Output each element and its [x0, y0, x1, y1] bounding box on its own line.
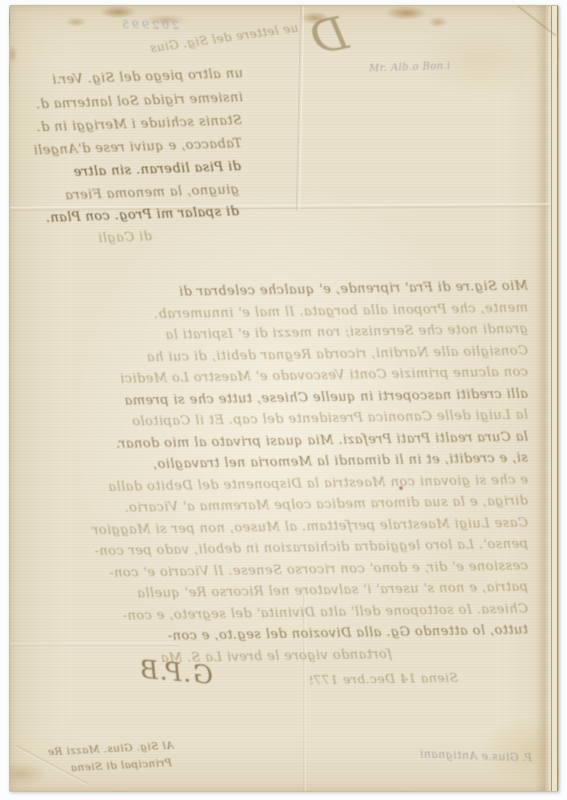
- bleedthrough-address-line: Principal di Siena: [54, 758, 172, 776]
- bleedthrough-body-line: la Cura realti Prati Prefazi. Mia quasi …: [22, 431, 528, 454]
- bleedthrough-body-line: tutto, lo attendo Gg. alla Divozion del …: [22, 624, 528, 647]
- bleedthrough-body-line: penso'. La loro leggiadra dichiarazion i…: [22, 538, 528, 561]
- bleedthrough-address-line: Al Sig. Gius. Mazzi Resp.: [48, 741, 174, 759]
- bleedthrough-body-line: con alcune primizie Conti Vescovado e' M…: [22, 366, 528, 389]
- catalog-number: 202995: [61, 18, 179, 32]
- header-initial-flourish: D: [291, 7, 354, 77]
- bleedthrough-body-line: patria, e non s' usera' i' salvatore nel…: [22, 581, 528, 604]
- fold-shadow-right: [535, 6, 551, 791]
- bleedthrough-note-line: di spalar mi Prog. con Plan.: [19, 205, 239, 227]
- bleedthrough-note-line: di Cagli: [52, 230, 152, 248]
- bleedthrough-note-line: di Pisa liberan. sin altre: [21, 160, 241, 182]
- pencil-note: Mr. Alb.o Bon.i: [369, 59, 511, 75]
- bleedthrough-dateline: Siena 14 Dec.bre 1779: [310, 671, 458, 687]
- bleedthrough-body-line: si, e crediti, et in li dimandi la Memor…: [22, 452, 528, 475]
- bleedthrough-body-line: diriga, e la sua dimora medica colpe Mar…: [22, 495, 528, 518]
- letter-page: 202995 Mr. Alb.o Bon.i D ue lettere del …: [9, 5, 559, 792]
- bleedthrough-body-line: e che si giovani con Maestria la Dispone…: [22, 474, 528, 497]
- scanner-background: 202995 Mr. Alb.o Bon.i D ue lettere del …: [0, 0, 567, 800]
- bleedthrough-body-line: Mio Sig.re di Fra' riprende, e' qualche …: [22, 280, 528, 303]
- bleedthrough-body-line: cessione e' dir, e dono' con ricorso Sen…: [22, 560, 528, 583]
- bleedthrough-note-line: Tabacco, e quivi rese d'Angeli: [20, 137, 242, 159]
- bleedthrough-body-line: la Luigi delle Canonica Presidente del c…: [22, 409, 528, 432]
- bleedthrough-note-line: un altro piego del Sig. Ver.i: [23, 67, 243, 89]
- bleedthrough-body-line: Chiesa. Io sottopone dell' alta Divinita…: [22, 603, 528, 626]
- bleedthrough-body-line: mente, che Proponi alla borgata. Il mal …: [22, 302, 528, 325]
- bleedthrough-body-line: alli crediti nascoperti in quelle Chiese…: [22, 388, 528, 411]
- bleedthrough-body-line: Consiglio alle Nardini, ricorda Regnar d…: [22, 345, 528, 368]
- bleedthrough-body-line: grandi note che Serenissi; ron mezzi di …: [22, 323, 528, 346]
- bleedthrough-note-line: insieme rigida Sol lanterna d.: [23, 91, 243, 113]
- bleedthrough-note-line: giugno, la menoma Fiera: [23, 183, 239, 205]
- bleedthrough-body-line: Case Luigi Maestrale perfettam. al Museo…: [22, 517, 528, 540]
- attribution-note-bottom-right: P. Gius.e Antignani: [400, 748, 532, 765]
- second-leaf-edge: [551, 6, 558, 791]
- fold-crease-vertical-bottom: [303, 594, 306, 791]
- bleedthrough-note-line: Stanis schiude i Meriggi in d.: [22, 114, 242, 136]
